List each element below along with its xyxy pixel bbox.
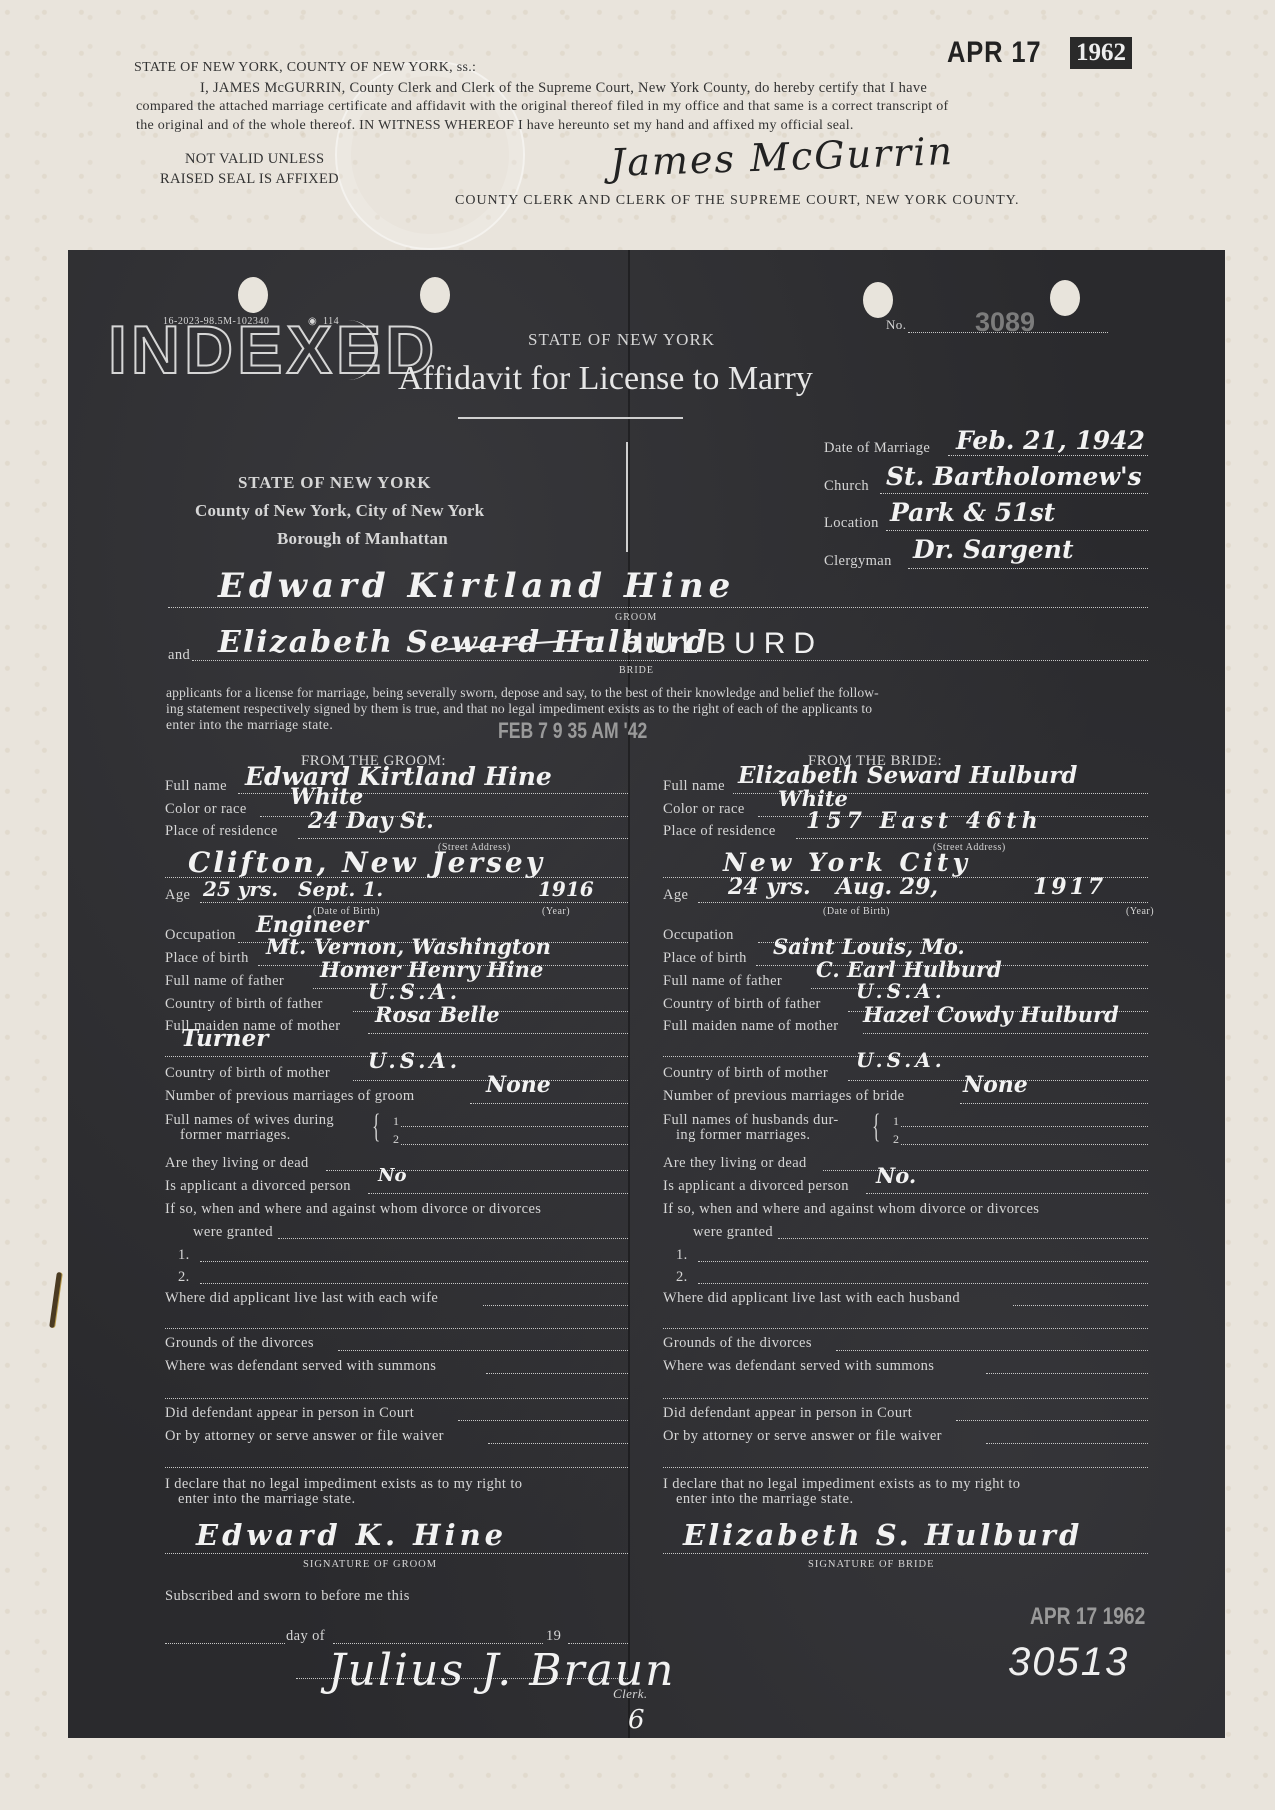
received-stamp: FEB 7 9 35 AM '42 (498, 718, 647, 744)
bride-birthplace: Saint Louis, Mo. (773, 934, 965, 959)
bride-father-country: U.S.A. (856, 979, 946, 1003)
bride-divorce-when-label-2: were granted (693, 1224, 773, 1241)
and-label: and (168, 647, 190, 664)
groom-grounds-label: Grounds of the divorces (165, 1335, 314, 1352)
bride-age-label: Age (663, 887, 688, 904)
certification-venue: STATE OF NEW YORK, COUNTY OF NEW YORK, s… (134, 60, 476, 76)
bride-name-correction: HULBURD (622, 627, 823, 661)
groom-birth-year: 1916 (538, 877, 594, 901)
file-number: 30513 (1008, 1640, 1129, 1685)
number-label: No. (886, 317, 906, 333)
location-value: Park & 51st (890, 498, 1055, 527)
bride-former-spouses-label-2: ing former marriages. (676, 1127, 810, 1144)
bride-prev-marriages-label: Number of previous marriages of bride (663, 1088, 905, 1105)
groom-father-country-label: Country of birth of father (165, 996, 323, 1013)
county-clerk-signature: James McGurrin (609, 129, 954, 185)
bride-full-name: Elizabeth Seward Hulburd (738, 762, 1077, 789)
groom-race: White (290, 784, 363, 810)
groom-birthplace-label: Place of birth (165, 950, 249, 967)
bracket: { (872, 1108, 880, 1146)
form-title: Affidavit for License to Marry (398, 360, 813, 398)
groom-divorce-when-label-2: were granted (193, 1224, 273, 1241)
sworn-text: Subscribed and sworn to before me this (165, 1588, 410, 1605)
bride-mother: Hazel Cowdy Hulburd (863, 1002, 1119, 1027)
certification-line-3: the original and of the whole thereof. I… (136, 118, 854, 134)
bride-caption: BRIDE (619, 665, 654, 676)
location-label: Location (824, 515, 879, 532)
groom-declaration-2: enter into the marriage state. (178, 1491, 355, 1508)
bride-birth-year: 1917 (1033, 874, 1106, 900)
bride-full-name-label: Full name (663, 778, 725, 795)
groom-attorney-label: Or by attorney or serve answer or file w… (165, 1428, 444, 1445)
bride-dob-caption: (Date of Birth) (823, 906, 890, 917)
date-of-marriage-value: Feb. 21, 1942 (956, 426, 1145, 455)
groom-father-country: U.S.A. (368, 979, 461, 1004)
jurisdiction-state: STATE OF NEW YORK (238, 473, 431, 493)
bride-age: 24 yrs. (728, 874, 811, 900)
day-of-label: day of (286, 1628, 325, 1645)
date-of-marriage-label: Date of Marriage (824, 440, 930, 457)
groom-residence-label: Place of residence (165, 823, 278, 840)
groom-signature-caption: SIGNATURE OF GROOM (303, 1559, 437, 1570)
bride-residence-city: New York City (723, 848, 971, 877)
groom-appear-label: Did defendant appear in person in Court (165, 1405, 414, 1422)
century-label: 19 (546, 1628, 561, 1645)
clerk-certification: STATE OF NEW YORK, COUNTY OF NEW YORK, s… (0, 0, 1275, 250)
groom-signature: Edward K. Hine (196, 1518, 507, 1552)
bride-race-label: Color or race (663, 801, 745, 818)
bride-father-country-label: Country of birth of father (663, 996, 821, 1013)
bride-appear-label: Did defendant appear in person in Court (663, 1405, 912, 1422)
groom-father-label: Full name of father (165, 973, 284, 990)
oath-text-line-1: applicants for a license for marriage, b… (166, 685, 879, 701)
punch-hole (420, 277, 450, 313)
bride-served-label: Where was defendant served with summons (663, 1358, 934, 1375)
bride-mother-country: U.S.A. (856, 1048, 946, 1072)
bride-grounds-label: Grounds of the divorces (663, 1335, 812, 1352)
bride-divorced-label: Is applicant a divorced person (663, 1178, 849, 1195)
bride-signature-caption: SIGNATURE OF BRIDE (808, 1559, 935, 1570)
clergyman-label: Clergyman (824, 553, 892, 570)
groom-lived-last-label: Where did applicant live last with each … (165, 1290, 438, 1307)
staple (49, 1272, 62, 1328)
certification-line-2: compared the attached marriage certifica… (136, 99, 949, 115)
bride-father-label: Full name of father (663, 973, 782, 990)
church-label: Church (824, 478, 869, 495)
indexed-stamp: INDEXED (108, 320, 378, 380)
bride-declaration-2: enter into the marriage state. (676, 1491, 853, 1508)
bride-lived-last-label: Where did applicant live last with each … (663, 1290, 960, 1307)
groom-prev-marriages-label: Number of previous marriages of groom (165, 1088, 415, 1105)
groom-caption: GROOM (615, 612, 657, 623)
bride-residence-label: Place of residence (663, 823, 776, 840)
groom-prev-marriages: None (486, 1072, 551, 1098)
bride-residence-street: 157 East 46th (806, 808, 1043, 834)
oath-text-line-3: enter into the marriage state. (166, 717, 333, 733)
church-value: St. Bartholomew's (886, 462, 1142, 491)
groom-mother-continued: Turner (181, 1025, 268, 1052)
bride-occupation-label: Occupation (663, 927, 734, 944)
bride-year-caption: (Year) (1126, 906, 1154, 917)
bracket: { (372, 1108, 380, 1146)
punch-hole (1050, 280, 1080, 316)
groom-mother-country-label: Country of birth of mother (165, 1065, 330, 1082)
bride-divorce-when-label-1: If so, when and where and against whom d… (663, 1201, 1039, 1218)
groom-mother-country: U.S.A. (368, 1048, 461, 1073)
groom-living-label: Are they living or dead (165, 1155, 309, 1172)
filing-stamp-date: APR 17 1962 (1030, 1603, 1145, 1631)
bride-mother-country-label: Country of birth of mother (663, 1065, 828, 1082)
groom-race-label: Color or race (165, 801, 247, 818)
bride-mother-label: Full maiden name of mother (663, 1018, 839, 1035)
punch-hole (863, 282, 893, 318)
bride-birth-date: Aug. 29, (836, 874, 938, 900)
clergyman-value: Dr. Sargent (913, 535, 1074, 564)
groom-former-spouses-label-2: former marriages. (180, 1127, 291, 1144)
punch-hole (238, 277, 268, 313)
marriage-affidavit-photostat: 16-2023-98.5M-102340 ◉ 114 No. 3089 INDE… (68, 250, 1225, 1738)
seal-notice-line-2: RAISED SEAL IS AFFIXED (160, 171, 339, 188)
jurisdiction-county: County of New York, City of New York (195, 501, 484, 521)
page-mark: 6 (628, 1705, 645, 1735)
groom-divorced: No (378, 1165, 406, 1186)
clerk-caption: Clerk. (613, 1686, 648, 1702)
bride-divorced: No. (876, 1163, 916, 1188)
certification-stamp-date: APR 17 (947, 36, 1041, 70)
groom-divorce-when-label-1: If so, when and where and against whom d… (165, 1201, 541, 1218)
groom-year-caption: (Year) (542, 906, 570, 917)
oath-text-line-2: ing statement respectively signed by the… (166, 701, 872, 717)
bride-birthplace-label: Place of birth (663, 950, 747, 967)
groom-name: Edward Kirtland Hine (218, 566, 735, 606)
bride-living-label: Are they living or dead (663, 1155, 807, 1172)
certification-stamp-year: 1962 (1070, 37, 1132, 69)
groom-divorced-label: Is applicant a divorced person (165, 1178, 351, 1195)
center-fold (628, 250, 630, 1738)
groom-age-label: Age (165, 887, 190, 904)
bride-attorney-label: Or by attorney or serve answer or file w… (663, 1428, 942, 1445)
bride-signature: Elizabeth S. Hulburd (683, 1518, 1082, 1552)
certification-line-1: I, JAMES McGURRIN, County Clerk and Cler… (200, 80, 927, 97)
title-rule (458, 417, 683, 419)
groom-residence-street: 24 Day St. (308, 808, 434, 834)
groom-full-name-label: Full name (165, 778, 227, 795)
state-heading: STATE OF NEW YORK (528, 330, 715, 350)
groom-birthplace: Mt. Vernon, Washington (266, 934, 551, 959)
seal-notice-line-1: NOT VALID UNLESS (185, 151, 324, 168)
form-number: 3089 (975, 307, 1035, 338)
bride-prev-marriages: None (963, 1072, 1028, 1098)
groom-mother: Rosa Belle (375, 1002, 500, 1027)
groom-age: 25 yrs. (203, 877, 278, 901)
groom-occupation-label: Occupation (165, 927, 236, 944)
groom-served-label: Where was defendant served with summons (165, 1358, 436, 1375)
brace-rule (626, 442, 628, 552)
groom-residence-city: Clifton, New Jersey (188, 846, 545, 879)
county-clerk-title: COUNTY CLERK AND CLERK OF THE SUPREME CO… (455, 193, 1019, 209)
groom-birth-date: Sept. 1. (298, 877, 383, 901)
jurisdiction-borough: Borough of Manhattan (277, 529, 448, 549)
